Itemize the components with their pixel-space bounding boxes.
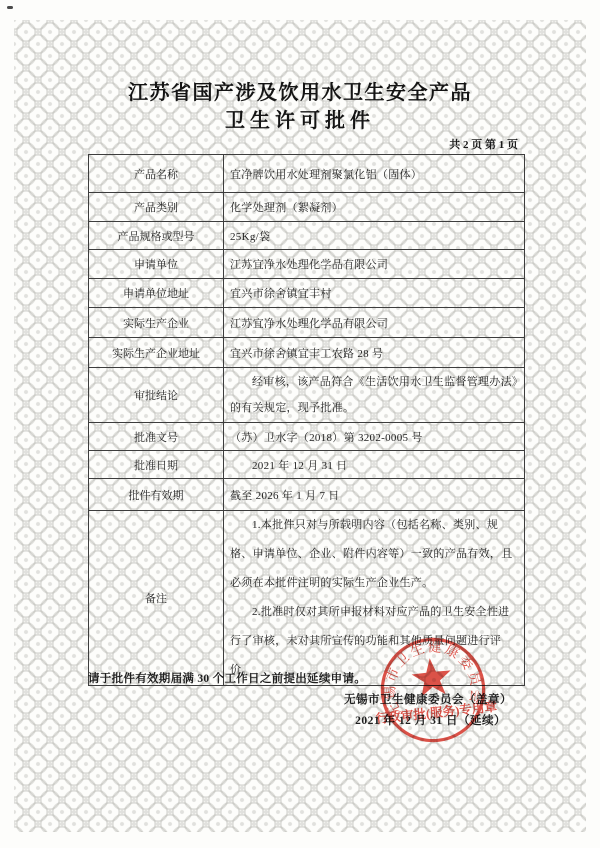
field-label: 批准文号: [89, 423, 224, 451]
field-label: 实际生产企业: [89, 308, 224, 338]
field-value: 宜兴市徐舍镇宜丰村: [224, 279, 525, 308]
table-row-product-spec: 产品规格或型号 25Kg/袋: [89, 222, 525, 250]
seal-graphic: 无锡市卫生健康委员会 行政审批(服务)专用章: [351, 608, 516, 773]
field-label: 批准日期: [89, 451, 224, 479]
field-label: 产品类别: [89, 193, 224, 222]
table-row-validity: 批件有效期 截至 2026 年 1 月 7 日: [89, 479, 525, 511]
red-star-icon: [410, 656, 453, 697]
field-label: 备注: [89, 511, 224, 686]
field-value: 宜净牌饮用水处理剂聚氯化铝（固体）: [224, 155, 525, 193]
renewal-note: 请于批件有效期届满 30 个工作日之前提出延续申请。: [88, 670, 366, 686]
field-value: 宜兴市徐舍镇宜丰工农路 28 号: [224, 338, 525, 368]
table-row-applicant: 申请单位 江苏宜净水处理化学品有限公司: [89, 250, 525, 279]
field-value: 25Kg/袋: [224, 222, 525, 250]
field-label: 批件有效期: [89, 479, 224, 511]
field-value: 江苏宜净水处理化学品有限公司: [224, 308, 525, 338]
remark-item-1: 1.本批件只对与所载明内容（包括名称、类别、规格、申请单位、企业、附件内容等）一…: [230, 511, 518, 598]
table-row-manufacturer-address: 实际生产企业地址 宜兴市徐舍镇宜丰工农路 28 号: [89, 338, 525, 368]
document-title-line1: 江苏省国产涉及饮用水卫生安全产品: [0, 76, 600, 105]
field-value: （苏）卫水字（2018）第 3202-0005 号: [224, 423, 525, 451]
scan-artifact: [7, 6, 13, 9]
field-label: 申请单位地址: [89, 279, 224, 308]
field-label: 实际生产企业地址: [89, 338, 224, 368]
field-label: 审批结论: [89, 368, 224, 423]
field-value: 化学处理剂（絮凝剂）: [224, 193, 525, 222]
field-value: 经审核，该产品符合《生活饮用水卫生监督管理办法》的有关规定，现予批准。: [224, 368, 525, 423]
field-value: 2021 年 12 月 31 日: [224, 451, 525, 479]
table-row-approval-number: 批准文号 （苏）卫水字（2018）第 3202-0005 号: [89, 423, 525, 451]
field-label: 产品名称: [89, 155, 224, 193]
field-label: 申请单位: [89, 250, 224, 279]
table-row-approval-conclusion: 审批结论 经审核，该产品符合《生活饮用水卫生监督管理办法》的有关规定，现予批准。: [89, 368, 525, 423]
field-label: 产品规格或型号: [89, 222, 224, 250]
table-row-product-name: 产品名称 宜净牌饮用水处理剂聚氯化铝（固体）: [89, 155, 525, 193]
table-row-manufacturer: 实际生产企业 江苏宜净水处理化学品有限公司: [89, 308, 525, 338]
official-seal: 无锡市卫生健康委员会 行政审批(服务)专用章: [351, 608, 516, 773]
page-indicator: 共 2 页 第 1 页: [449, 136, 518, 152]
table-row-applicant-address: 申请单位地址 宜兴市徐舍镇宜丰村: [89, 279, 525, 308]
field-value: 截至 2026 年 1 月 7 日: [224, 479, 525, 511]
document-title-line2: 卫生许可批件: [0, 104, 600, 133]
license-table: 产品名称 宜净牌饮用水处理剂聚氯化铝（固体） 产品类别 化学处理剂（絮凝剂） 产…: [88, 154, 525, 686]
table-row-approval-date: 批准日期 2021 年 12 月 31 日: [89, 451, 525, 479]
table-row-product-category: 产品类别 化学处理剂（絮凝剂）: [89, 193, 525, 222]
field-value: 江苏宜净水处理化学品有限公司: [224, 250, 525, 279]
